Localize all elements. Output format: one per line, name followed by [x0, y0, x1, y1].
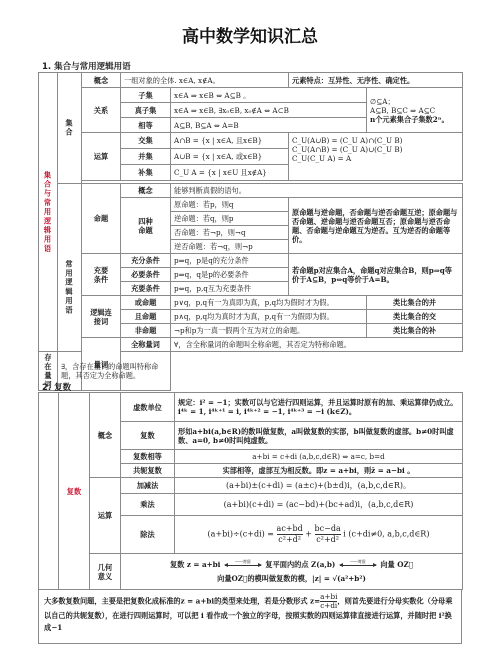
multiply-text: (a+bi)(c+di) = (ac−bd)+(bc+ad)i，(a,b,c,d… [175, 494, 463, 516]
complex-summary-note: 大多数复数问题，主要是把复数化成标准的z = a+bi的类型来处理，若是分数形式… [38, 589, 462, 644]
bijection-arrow-icon: 一一对应 [225, 565, 261, 566]
union-label: 并集 [121, 149, 171, 165]
operation-label: 运算 [82, 133, 121, 181]
not-text: ¬p和p为一真一假两个互为对立的命题。 [171, 324, 367, 338]
sufficient-text: p⇒q，p是q的充分条件 [171, 254, 289, 268]
relation-subset-text: x∈A ⇒ x∈B ⇔ A⊆B 。 [171, 88, 367, 103]
section2-side-label: 复数 [59, 393, 90, 590]
divide-formula: (a+bi)÷(c+di) = ac+bd c²+d² + bc−da c²+d… [175, 516, 463, 554]
logic-label: 常用逻辑用语 [58, 184, 82, 352]
imaginary-unit-text: 规定：i² = −1；实数可以与它进行四则运算，并且运算时原有的加、乘运算律仍成… [175, 393, 463, 422]
conditions-note: 若命题p对应集合A，命题q对应集合B，则p⇒q等价于A⊆B，p⇔q等价于A=B。 [289, 254, 463, 296]
divide-label: 除法 [121, 516, 175, 554]
universal-label: 全称量词 [121, 338, 171, 352]
proposition-concept-text: 能够判断真假的语句。 [171, 184, 463, 198]
necessary-text: p⇒q，q是p的必要条件 [171, 268, 289, 282]
concept-label: 概念 [90, 393, 121, 478]
section1-heading: 1. 集合与常用逻辑用语 [42, 60, 131, 72]
inverse-proposition: 否命题：若¬p，则¬q [171, 226, 289, 240]
complement-label: 补集 [121, 165, 171, 181]
complex-equal-text: a+bi = c+di (a,b,c,d∈R) ⇔ a=c, b=d [175, 450, 463, 464]
complement-laws-note: C_U(A∪B) = (C_U A)∩(C_U B) C_U(A∩B) = (C… [289, 133, 463, 181]
proposition-label: 命题 [82, 184, 121, 254]
intersection-text: A∩B = {x | x∈A, 且x∈B} [171, 133, 289, 149]
relation-label: 关系 [82, 88, 121, 133]
universal-text: ∀，含全称量词的命题叫全称命题，其否定为特称命题。 [171, 338, 463, 352]
or-note: 类比集合的并 [367, 296, 463, 310]
add-sub-text: (a+bi)±(c+di) = (a±c)+(b±d)i，(a,b,c,d∈R)… [175, 478, 463, 494]
geometry-text: 复数 z = a+bi 一一对应 复平面内的点 Z(a,b) 一一对应 向量 O… [121, 554, 463, 590]
or-text: p∨q，p,q有一为真即为真，p,q均为假时才为假。 [171, 296, 367, 310]
complex-equal-label: 复数相等 [121, 450, 175, 464]
note-fraction: a+bic+di [320, 593, 337, 610]
imaginary-unit-label: 虚数单位 [121, 393, 175, 422]
converse-proposition: 逆命题：若q，则p [171, 212, 289, 226]
relation-equal-text: A⊆B, B⊆A ⇔ A=B [171, 118, 367, 133]
divide-fraction-1: ac+bd c²+d² [277, 524, 303, 545]
necessary-sufficient-label: 充要条件 [121, 282, 171, 296]
geometry-label: 几何意义 [90, 554, 121, 590]
multiply-label: 乘法 [121, 494, 175, 516]
sets-concept-label: 概念 [82, 73, 121, 88]
complex-numbers-table: 复数 概念 虚数单位 规定：i² = −1；实数可以与它进行四则运算，并且运算时… [38, 392, 463, 590]
divide-fraction-2: bc−da c²+d² [315, 524, 341, 545]
and-note: 类比集合的交 [367, 310, 463, 324]
section2-blank-column [39, 393, 59, 590]
union-text: A∪B = {x | x∈A, 或x∈B} [171, 149, 289, 165]
necessary-label: 必要条件 [121, 268, 171, 282]
necessary-sufficient-text: p⇔q，p,q互为充要条件 [171, 282, 289, 296]
complex-label: 复数 [121, 422, 175, 450]
relation-subset-label: 子集 [121, 88, 171, 103]
relation-equal-label: 相等 [121, 118, 171, 133]
bijection-arrow-icon: 一一对应 [340, 565, 376, 566]
conjugate-text: 实部相等，虚部互为相反数。即z = a+bi，则z̄ = a−bi 。 [175, 464, 463, 478]
complex-text: 形如a+bi(a,b∈R)的数叫做复数，a叫做复数的实部，b叫做复数的虚部。b≠… [175, 422, 463, 450]
relation-proper-subset-text: x∈A ⇒ x∈B, ∃x₀∈B, x₀∉A ⇔ A⊂B [171, 103, 367, 118]
sets-label: 集合 [58, 73, 82, 184]
add-sub-label: 加减法 [121, 478, 175, 494]
relation-note: ∅⊆A； A⊆B, B⊆C ⇒ A⊆C n个元素集合子集数2ⁿ。 [367, 88, 463, 133]
connectives-label: 逻辑连接词 [82, 296, 121, 338]
relation-proper-subset-label: 真子集 [121, 103, 171, 118]
or-label: 或命题 [121, 296, 171, 310]
four-propositions-note: 原命题与逆命题，否命题与逆否命题互逆；原命题与否命题、逆命题与逆否命题互否；原命… [289, 198, 463, 254]
not-label: 非命题 [121, 324, 171, 338]
sets-logic-table: 集合与常用逻辑用语 集合 概念 一组对象的全体. x∈A, x∉A。 元素特点：… [38, 72, 463, 391]
contrapositive-proposition: 逆否命题：若¬q，则¬p [171, 240, 289, 254]
original-proposition: 原命题：若p，则q [171, 198, 289, 212]
four-propositions-label: 四种命题 [121, 198, 171, 254]
sufficient-label: 充分条件 [121, 254, 171, 268]
and-label: 且命题 [121, 310, 171, 324]
section1-side-label: 集合与常用逻辑用语 [39, 73, 58, 352]
complement-text: C_U A = {x | x∈U 且x∉A} [171, 165, 289, 181]
conjugate-label: 共轭复数 [121, 464, 175, 478]
sets-concept-text: 一组对象的全体. x∈A, x∉A。 [121, 73, 289, 88]
not-note: 类比集合的补 [367, 324, 463, 338]
conditions-label: 充要条件 [82, 254, 121, 296]
existential-text: ∃，含存在量词的命题叫特称命题，其否定为全称命题。 [58, 352, 171, 391]
intersection-label: 交集 [121, 133, 171, 149]
sets-concept-note: 元素特点：互异性、无序性、确定性。 [289, 73, 463, 88]
operation-label: 运算 [90, 478, 121, 554]
and-text: p∧q，p,q均为真时才为真，p,q有一为假即为假。 [171, 310, 367, 324]
page-title: 高中数学知识汇总 [0, 22, 500, 47]
proposition-concept-label: 概念 [121, 184, 171, 198]
